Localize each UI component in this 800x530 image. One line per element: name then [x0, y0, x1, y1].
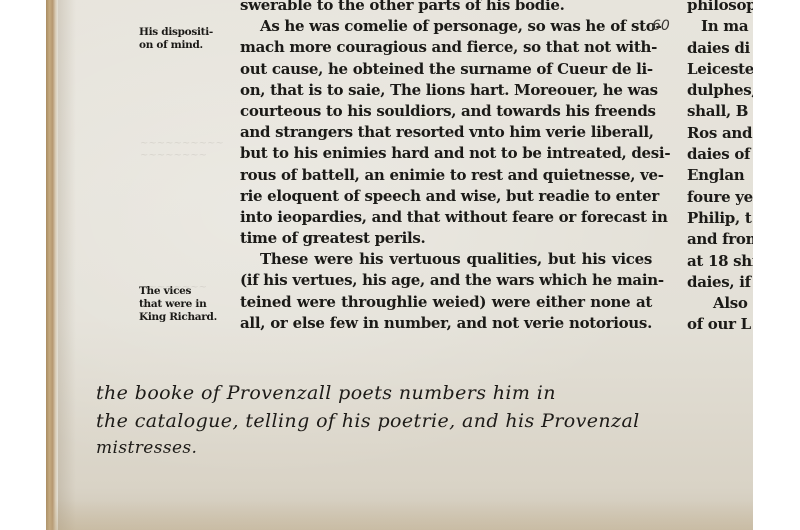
text-line: Philip, t [687, 208, 753, 229]
text-line: Englan [687, 165, 753, 186]
text-line: of our L [687, 314, 753, 335]
show-through-text: ~~~~~~~~ [140, 150, 207, 161]
text-line: daies di [687, 38, 753, 59]
side-note-line: on of mind. [139, 39, 213, 52]
side-note-line: The vices [139, 285, 217, 298]
book-page-photo: ~~~~~~~~~~ ~~~~~~~~ ~~~~~~~~ His disposi… [0, 0, 800, 530]
text-line: out cause, he obteined the surname of Cu… [240, 59, 652, 80]
handwritten-note-line: mistresses. [96, 438, 197, 458]
side-note-line: His dispositi- [139, 26, 213, 39]
text-line: shall, B [687, 101, 753, 122]
text-line: In ma [687, 16, 753, 37]
text-line: These were his vertuous qualities, but h… [240, 249, 652, 270]
printed-page: ~~~~~~~~~~ ~~~~~~~~ ~~~~~~~~ His disposi… [46, 0, 753, 530]
text-line: swerable to the other parts of his bodie… [240, 0, 652, 16]
side-note-line: King Richard. [139, 311, 217, 324]
handwritten-note-line: the catalogue, telling of his poetrie, a… [96, 410, 640, 432]
text-line: courteous to his souldiors, and towards … [240, 101, 652, 122]
text-line: mach more couragious and fierce, so that… [240, 37, 652, 58]
text-line: at 18 shi [687, 251, 753, 272]
text-line: dulphes, [687, 80, 753, 101]
text-line: Leicester [687, 59, 753, 80]
show-through-text: ~~~~~~~~~~ [140, 138, 224, 149]
text-line: teined were throughlie weied) were eithe… [240, 292, 652, 313]
page-edge [46, 0, 58, 530]
text-line: and from [687, 229, 753, 250]
text-line: foure ye [687, 187, 753, 208]
text-line: time of greatest perils. [240, 228, 652, 249]
text-line: philosoph [687, 0, 753, 16]
text-line: daies of [687, 144, 753, 165]
text-line: into ieopardies, and that without feare … [240, 207, 652, 228]
handwritten-note-line: the booke of Provenzall poets numbers hi… [96, 382, 556, 404]
text-line: (if his vertues, his age, and the wars w… [240, 270, 652, 291]
side-note-line: that were in [139, 298, 217, 311]
text-line: but to his enimies hard and not to be in… [240, 143, 652, 164]
text-line: Also [687, 293, 753, 314]
gutter-shadow [58, 0, 76, 530]
text-line: As he was comelie of personage, so was h… [240, 16, 652, 37]
text-line: rie eloquent of speech and wise, but rea… [240, 186, 652, 207]
text-line: on, that is to saie, The lions hart. Mor… [240, 80, 652, 101]
text-line: rous of battell, an enimie to rest and q… [240, 165, 652, 186]
text-line: Ros and [687, 123, 753, 144]
text-line: daies, if [687, 272, 753, 293]
text-line: all, or else few in number, and not veri… [240, 313, 652, 334]
side-note-disposition: His dispositi- on of mind. [139, 26, 213, 52]
paper-stain [46, 500, 753, 530]
text-line: and strangers that resorted vnto him ver… [240, 122, 652, 143]
right-text-column: philosoph In ma daies di Leicester dulph… [687, 0, 753, 336]
main-text-column: swerable to the other parts of his bodie… [240, 0, 652, 334]
side-note-vices: The vices that were in King Richard. [139, 285, 217, 324]
folio-number-annotation: 60 [652, 18, 670, 34]
